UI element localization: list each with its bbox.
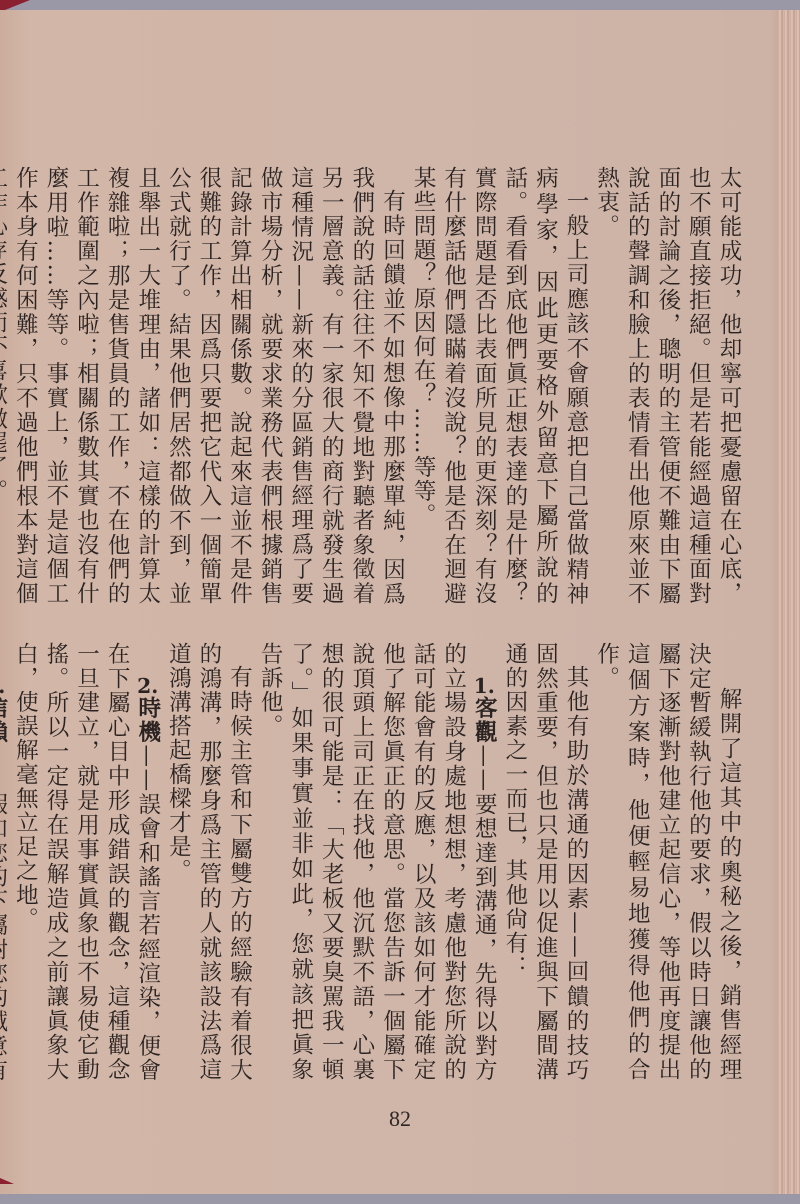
- item-number: 1.: [472, 676, 496, 696]
- item-title: 時機: [135, 696, 161, 744]
- item-title: 信賴: [0, 696, 8, 744]
- paragraph: 一般上司應該不會願意把自己當做精神病學家，因此更要格外留意下屬所說的話。看看到底…: [407, 166, 591, 606]
- list-item-objectivity: 1.客觀——要想達到溝通，先得以對方的立場設身處地想想，考慮他對您所說的話可能會…: [255, 642, 500, 1082]
- bottom-text-block: 解開了這其中的奧秘之後，銷售經理決定暫緩執行他的要求，假以時日讓他的屬下逐漸對他…: [88, 642, 744, 1082]
- list-item-timing: 2.時機——誤會和謠言若經渲染，便會在下屬心目中形成錯誤的觀念，這種觀念一旦建立…: [10, 642, 163, 1082]
- page-number: 82: [378, 1106, 422, 1132]
- paragraph: 有時回饋並不如想像中那麼單純，因爲我們說的話往往不知不覺地對聽者象徵着另一層意義…: [0, 166, 407, 606]
- paragraph: 有時候主管和下屬雙方的經驗有着很大的鴻溝，那麼身爲主管的人就該設法爲這道鴻溝搭起…: [163, 642, 255, 1082]
- top-text-block: 太可能成功，他却寧可把憂慮留在心底，也不願直接拒絕。但是若能經過這種面對面的討論…: [88, 166, 744, 606]
- item-title: 客觀: [471, 696, 497, 744]
- list-item-trust: 3.信賴——假如您的下屬對您的誠意有了懷疑的話，您所說的一切將不會對他們產生任何…: [0, 642, 10, 1082]
- item-number: 3.: [0, 676, 7, 696]
- paragraph: 解開了這其中的奧秘之後，銷售經理決定暫緩執行他的要求，假以時日讓他的屬下逐漸對他…: [591, 642, 744, 1082]
- paragraph: 其他有助於溝通的因素——回饋的技巧固然重要，但也只是用以促進與下屬間溝通的因素之…: [499, 642, 591, 1082]
- bookmark-ribbon-bottom: [0, 1178, 14, 1184]
- item-text: 有時候主管和下屬雙方的經驗有着很大的鴻溝，那麼身爲主管的人就該設法爲這道鴻溝搭起…: [165, 642, 252, 1082]
- paragraph: 太可能成功，他却寧可把憂慮留在心底，也不願直接拒絕。但是若能經過這種面對面的討論…: [591, 166, 744, 606]
- page-edge-stack: [778, 10, 800, 1194]
- item-number: 2.: [136, 676, 160, 696]
- item-text: ——要想達到溝通，先得以對方的立場設身處地想想，考慮他對您所說的話可能會有的反應…: [257, 642, 497, 1082]
